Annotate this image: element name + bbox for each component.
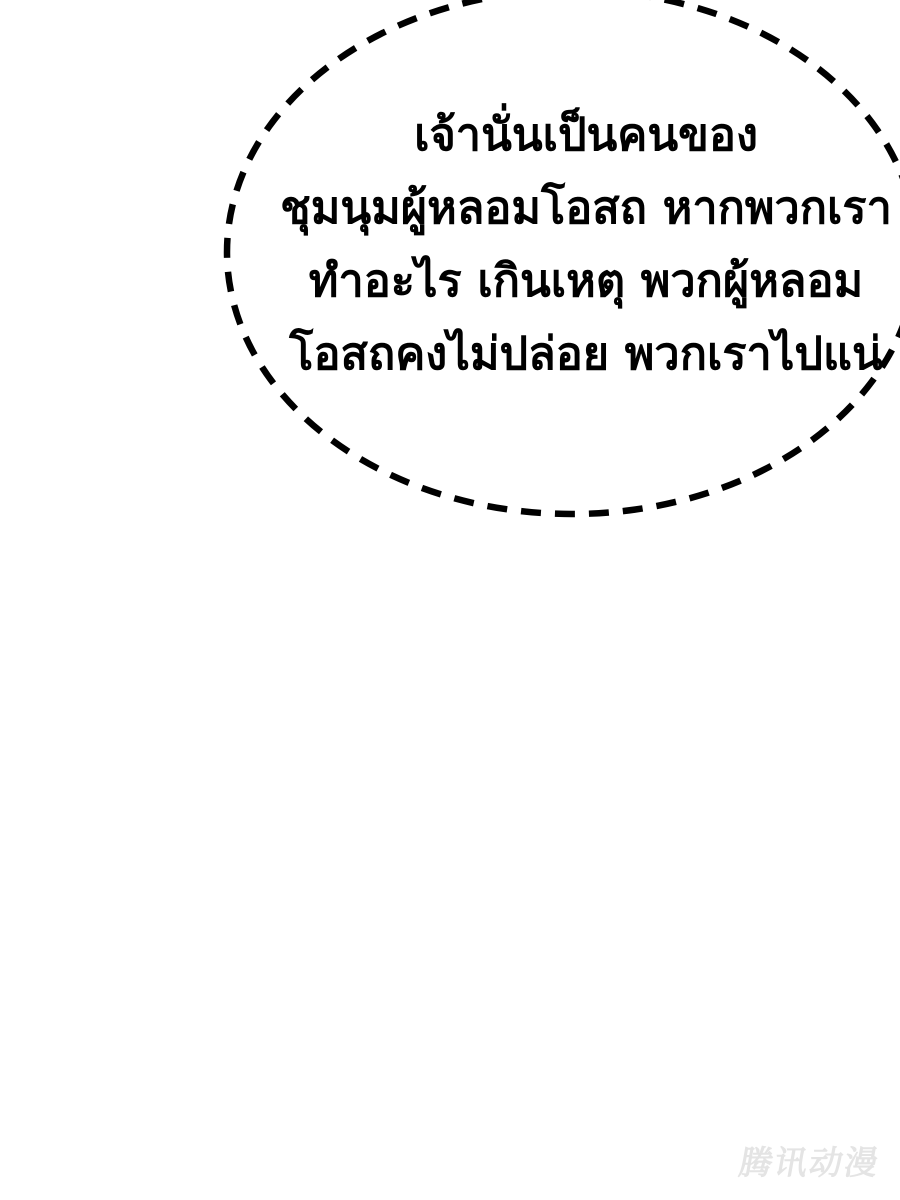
comic-page: เจ้านั่นเป็นคนของ ชุมนุมผู้หลอมโอสถ หากพ…	[0, 0, 900, 1200]
speech-text-line: เจ้านั่นเป็นคนของ	[186, 98, 900, 171]
speech-bubble-text: เจ้านั่นเป็นคนของ ชุมนุมผู้หลอมโอสถ หากพ…	[186, 98, 900, 390]
speech-text-line: ชุมนุมผู้หลอมโอสถ หากพวกเรา	[186, 171, 900, 244]
speech-text-line: โอสถคงไม่ปล่อย พวกเราไปแน่	[186, 317, 900, 390]
speech-text-line: ทำอะไร เกินเหตุ พวกผู้หลอม	[186, 244, 900, 317]
publisher-watermark: 腾讯动漫	[736, 1137, 884, 1184]
